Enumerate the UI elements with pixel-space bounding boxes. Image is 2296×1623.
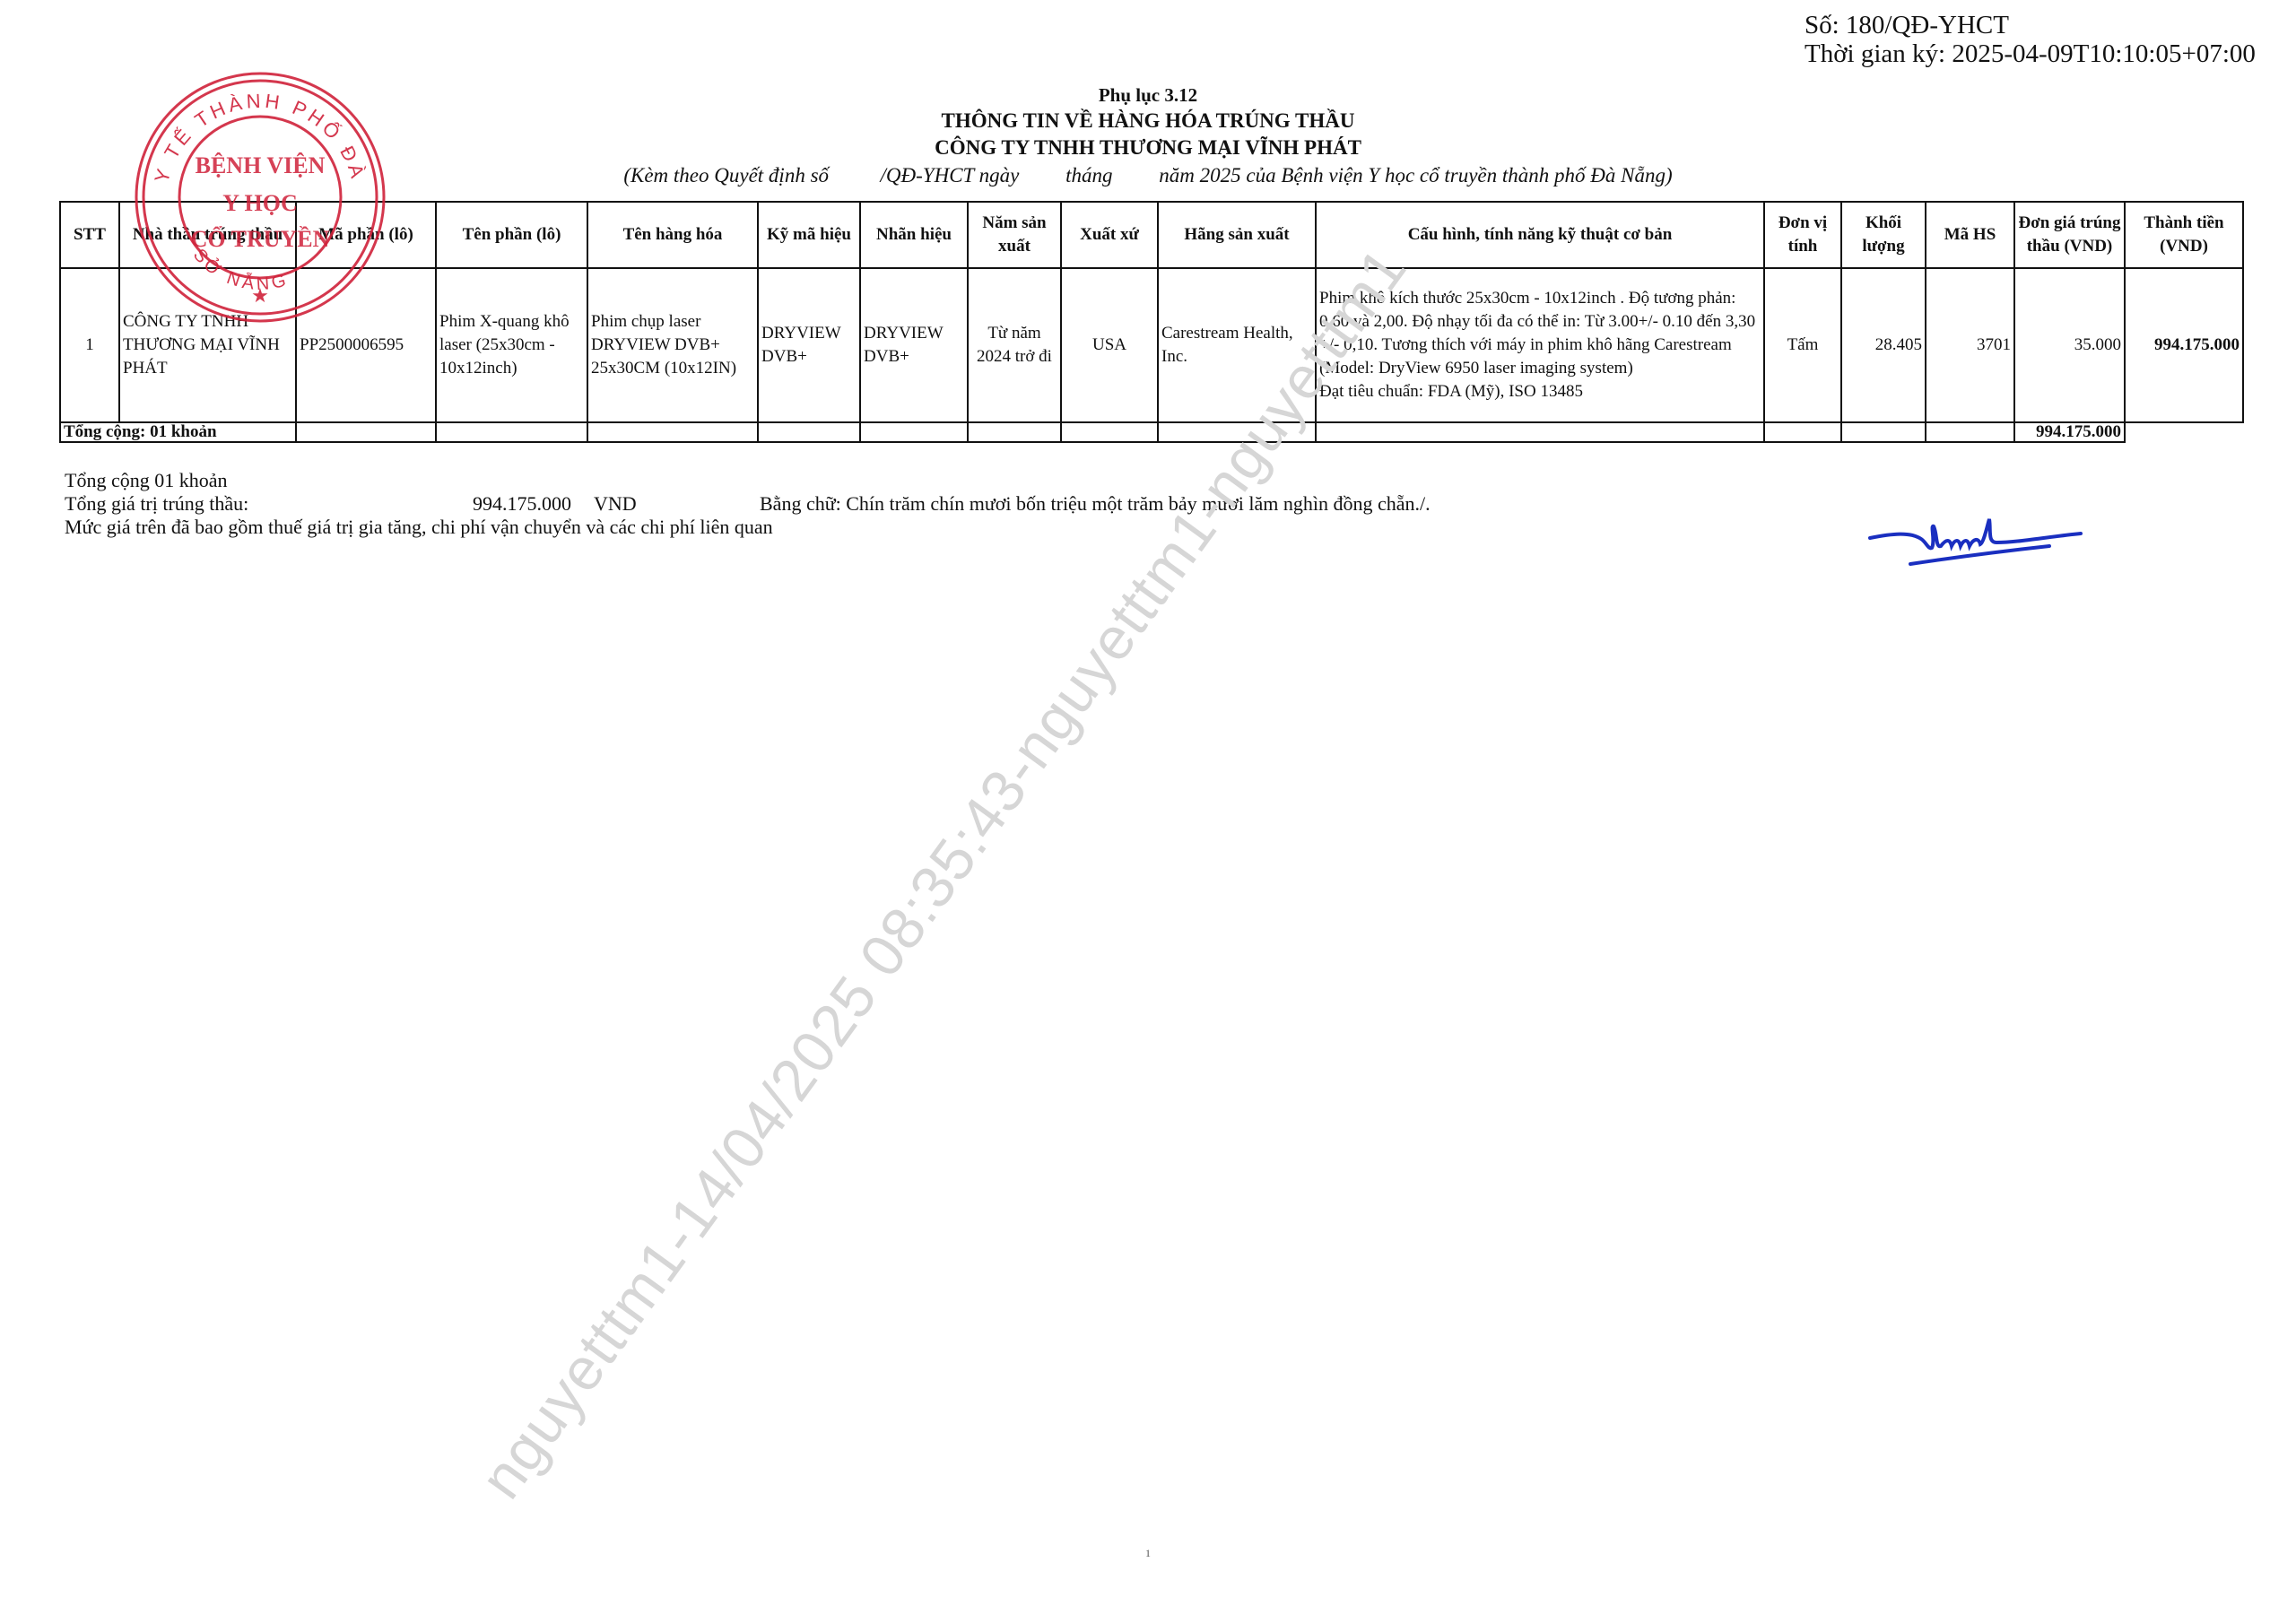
table-header-row: STT Nhà thầu trúng thầu Mã phần (lô) Tên…	[60, 202, 2243, 268]
cell-unit: Tấm	[1764, 268, 1841, 422]
empty-cell	[436, 422, 587, 442]
column-header: Đơn vị tính	[1764, 202, 1841, 268]
cell-amount: 994.175.000	[2125, 268, 2243, 422]
signature-icon	[1865, 507, 2090, 569]
empty-cell	[296, 422, 436, 442]
column-header: Thành tiền (VND)	[2125, 202, 2243, 268]
document-subtitle: (Kèm theo Quyết định số /QĐ-YHCT ngày th…	[0, 161, 2296, 190]
column-header: Tên phần (lô)	[436, 202, 587, 268]
page-number: 1	[1145, 1547, 1151, 1560]
column-header: Xuất xứ	[1061, 202, 1158, 268]
empty-cell	[860, 422, 968, 442]
column-header: Mã phần (lô)	[296, 202, 436, 268]
total-amount: 994.175.000	[2014, 422, 2125, 442]
summary-total-row: Tổng giá trị trúng thầu: 994.175.000 VND…	[65, 492, 773, 516]
table-row: 1 CÔNG TY TNHH THƯƠNG MẠI VĨNH PHÁT PP25…	[60, 268, 2243, 422]
column-header: Khối lượng	[1841, 202, 1926, 268]
cell-model: DRYVIEW DVB+	[758, 268, 860, 422]
subtitle-part: /QĐ-YHCT ngày	[881, 164, 1020, 187]
cell-hs-code: 3701	[1926, 268, 2014, 422]
empty-cell	[1316, 422, 1764, 442]
goods-table: STT Nhà thầu trúng thầu Mã phần (lô) Tên…	[59, 201, 2244, 443]
column-header: STT	[60, 202, 119, 268]
appendix-label: Phụ lục 3.12	[0, 82, 2296, 108]
subtitle-part: tháng	[1065, 164, 1112, 187]
title-block: Phụ lục 3.12 THÔNG TIN VỀ HÀNG HÓA TRÚNG…	[0, 82, 2296, 190]
total-label: Tổng cộng: 01 khoản	[60, 422, 296, 442]
cell-stt: 1	[60, 268, 119, 422]
cell-unit-price: 35.000	[2014, 268, 2125, 422]
empty-cell	[968, 422, 1061, 442]
summary-in-words: Bằng chữ: Chín trăm chín mươi bốn triệu …	[760, 492, 1431, 516]
cell-origin: USA	[1061, 268, 1158, 422]
empty-cell	[1061, 422, 1158, 442]
signing-time: Thời gian ký: 2025-04-09T10:10:05+07:00	[1805, 39, 2256, 68]
column-header: Năm sản xuất	[968, 202, 1061, 268]
empty-cell	[587, 422, 758, 442]
cell-lot-code: PP2500006595	[296, 268, 436, 422]
empty-cell	[1764, 422, 1841, 442]
empty-cell	[1841, 422, 1926, 442]
summary-total-value: 994.175.000	[473, 492, 571, 516]
column-header: Tên hàng hóa	[587, 202, 758, 268]
subtitle-part: (Kèm theo Quyết định số	[623, 164, 829, 187]
document-reference: Số: 180/QĐ-YHCT Thời gian ký: 2025-04-09…	[1805, 11, 2256, 68]
subtitle-part: năm 2025 của Bệnh viện Y học cổ truyền t…	[1159, 164, 1672, 187]
column-header: Hãng sản xuất	[1158, 202, 1316, 268]
table-total-row: Tổng cộng: 01 khoản 994.175.000	[60, 422, 2243, 442]
column-header: Nhãn hiệu	[860, 202, 968, 268]
empty-cell	[758, 422, 860, 442]
summary-total-label: Tổng giá trị trúng thầu:	[65, 492, 248, 515]
cell-manufacturer: Carestream Health, Inc.	[1158, 268, 1316, 422]
summary-block: Tổng cộng 01 khoản Tổng giá trị trúng th…	[65, 469, 773, 539]
column-header: Đơn giá trúng thầu (VND)	[2014, 202, 2125, 268]
spec-standard: Đạt tiêu chuẩn: FDA (Mỹ), ISO 13485	[1319, 380, 1761, 404]
company-name: CÔNG TY TNHH THƯƠNG MẠI VĨNH PHÁT	[0, 135, 2296, 161]
cell-goods-name: Phim chụp laser DRYVIEW DVB+ 25x30CM (10…	[587, 268, 758, 422]
column-header: Mã HS	[1926, 202, 2014, 268]
cell-quantity: 28.405	[1841, 268, 1926, 422]
summary-currency: VND	[594, 492, 637, 516]
cell-brand: DRYVIEW DVB+	[860, 268, 968, 422]
cell-spec: Phim khô kích thước 25x30cm - 10x12inch …	[1316, 268, 1764, 422]
cell-lot-name: Phim X-quang khô laser (25x30cm - 10x12i…	[436, 268, 587, 422]
spec-description: Phim khô kích thước 25x30cm - 10x12inch …	[1319, 287, 1761, 380]
summary-count: Tổng cộng 01 khoản	[65, 469, 773, 492]
column-header: Cấu hình, tính năng kỹ thuật cơ bản	[1316, 202, 1764, 268]
column-header: Kỹ mã hiệu	[758, 202, 860, 268]
summary-note: Mức giá trên đã bao gồm thuế giá trị gia…	[65, 516, 773, 539]
empty-cell	[1926, 422, 2014, 442]
cell-contractor: CÔNG TY TNHH THƯƠNG MẠI VĨNH PHÁT	[119, 268, 296, 422]
empty-cell	[1158, 422, 1316, 442]
decision-number: Số: 180/QĐ-YHCT	[1805, 11, 2256, 39]
cell-year: Từ năm 2024 trở đi	[968, 268, 1061, 422]
document-heading: THÔNG TIN VỀ HÀNG HÓA TRÚNG THẦU	[0, 108, 2296, 135]
column-header: Nhà thầu trúng thầu	[119, 202, 296, 268]
